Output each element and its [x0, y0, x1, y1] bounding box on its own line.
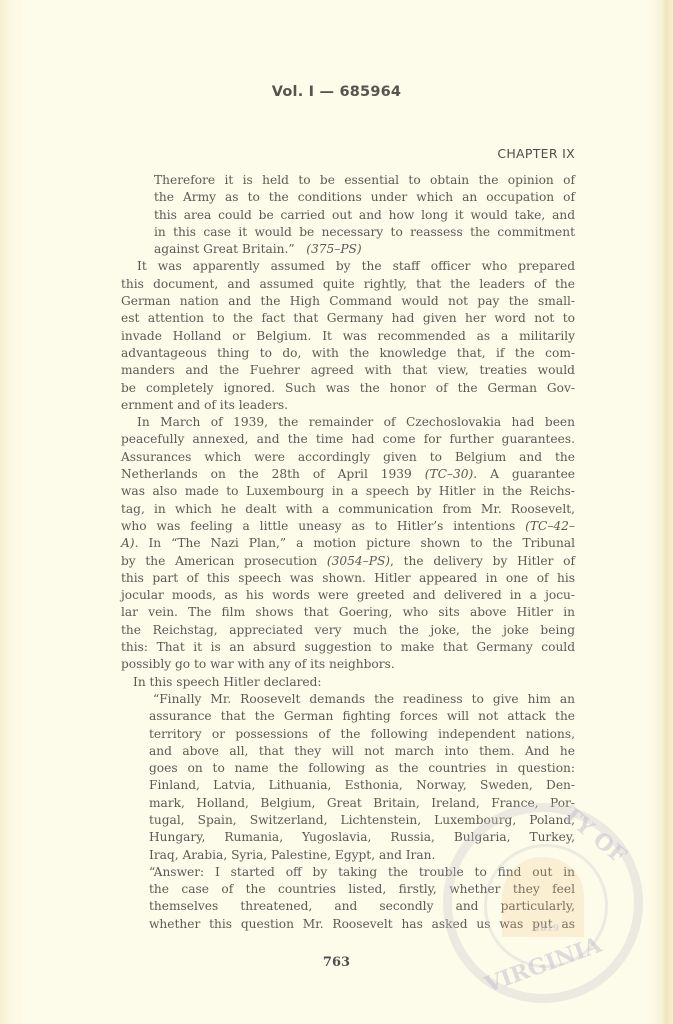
page-number: 763 — [0, 955, 673, 970]
text-line: lar vein. The film shows that Goering, w… — [121, 604, 575, 621]
text-line: invade Holland or Belgium. It was recomm… — [121, 328, 575, 345]
text-line: goes on to name the following as the cou… — [149, 760, 575, 777]
text-line: by the American prosecution (3054–PS), t… — [121, 553, 575, 570]
text-line: themselves threatened, and secondly and … — [149, 898, 575, 915]
paragraph-march-1939: In March of 1939, the remainder of Czech… — [121, 414, 575, 673]
text-line: Assurances which were accordingly given … — [121, 449, 575, 466]
block-quote-375-ps: Therefore it is held to be essential to … — [154, 172, 575, 258]
text-line: A). In “The Nazi Plan,” a motion picture… — [121, 535, 575, 552]
paragraph-staff-officer: It was apparently assumed by the staff o… — [121, 258, 575, 414]
text-line: the case of the countries listed, firstl… — [149, 881, 575, 898]
text-line: manders and the Fuehrer agreed with that… — [121, 362, 575, 379]
text-line: tugal, Spain, Switzerland, Lichtenstein,… — [149, 812, 575, 829]
text-line: and above all, that they will not march … — [149, 743, 575, 760]
text-line: Netherlands on the 28th of April 1939 (T… — [121, 466, 575, 483]
text-line: “Answer: I started off by taking the tro… — [149, 864, 575, 881]
text-line: tag, in which he dealt with a communicat… — [121, 501, 575, 518]
text-line: whether this question Mr. Roosevelt has … — [149, 916, 575, 933]
citation: (TC–30) — [425, 467, 474, 481]
text-line: ernment and of its leaders. — [121, 397, 575, 414]
text-line: peacefully annexed, and the time had com… — [121, 431, 575, 448]
text-line: In this speech Hitler declared: — [121, 674, 575, 691]
text-line: this part of this speech was shown. Hitl… — [121, 570, 575, 587]
text-line: who was feeling a little uneasy as to Hi… — [121, 518, 575, 535]
text-line: Therefore it is held to be essential to … — [154, 172, 575, 189]
citation: A) — [121, 536, 135, 550]
text-line: jocular moods, as his words were greeted… — [121, 587, 575, 604]
document-page: Vol. I — 685964 CHAPTER IX Therefore it … — [0, 0, 673, 1024]
block-quote-roosevelt: “Finally Mr. Roosevelt demands the readi… — [149, 691, 575, 933]
text-line: in this case it would be necessary to re… — [154, 224, 575, 241]
text-line: the Reichstag, appreciated very much the… — [121, 622, 575, 639]
text-line: It was apparently assumed by the staff o… — [121, 258, 575, 275]
text-line: assurance that the German fighting force… — [149, 708, 575, 725]
citation: (375–PS) — [306, 242, 361, 256]
running-head: Vol. I — 685964 — [0, 84, 673, 100]
citation: (3054–PS) — [327, 554, 390, 568]
citation: (TC–42– — [525, 519, 575, 533]
text-line: German nation and the High Command would… — [121, 293, 575, 310]
text-line: was also made to Luxembourg in a speech … — [121, 483, 575, 500]
text-line: this area could be carried out and how l… — [154, 207, 575, 224]
text-line: mark, Holland, Belgium, Great Britain, I… — [149, 795, 575, 812]
text-line: be completely ignored. Such was the hono… — [121, 380, 575, 397]
text-line: “Finally Mr. Roosevelt demands the readi… — [149, 691, 575, 708]
text-line: this document, and assumed quite rightly… — [121, 276, 575, 293]
body-text: Therefore it is held to be essential to … — [121, 172, 575, 933]
text-line: the Army as to the conditions under whic… — [154, 189, 575, 206]
chapter-heading: CHAPTER IX — [497, 146, 575, 161]
text-line: est attention to the fact that Germany h… — [121, 310, 575, 327]
text-line: this: That it is an absurd suggestion to… — [121, 639, 575, 656]
text-line: In March of 1939, the remainder of Czech… — [121, 414, 575, 431]
text-line: Iraq, Arabia, Syria, Palestine, Egypt, a… — [149, 847, 575, 864]
text-line: Finland, Latvia, Lithuania, Esthonia, No… — [149, 777, 575, 794]
text-line: possibly go to war with any of its neigh… — [121, 656, 575, 673]
text-line: territory or possessions of the followin… — [149, 726, 575, 743]
paragraph-hitler-declared: In this speech Hitler declared: “Finally… — [121, 674, 575, 933]
text-line: against Great Britain.” (375–PS) — [154, 241, 575, 258]
text-line: Hungary, Rumania, Yugoslavia, Russia, Bu… — [149, 829, 575, 846]
text-line: advantageous thing to do, with the knowl… — [121, 345, 575, 362]
